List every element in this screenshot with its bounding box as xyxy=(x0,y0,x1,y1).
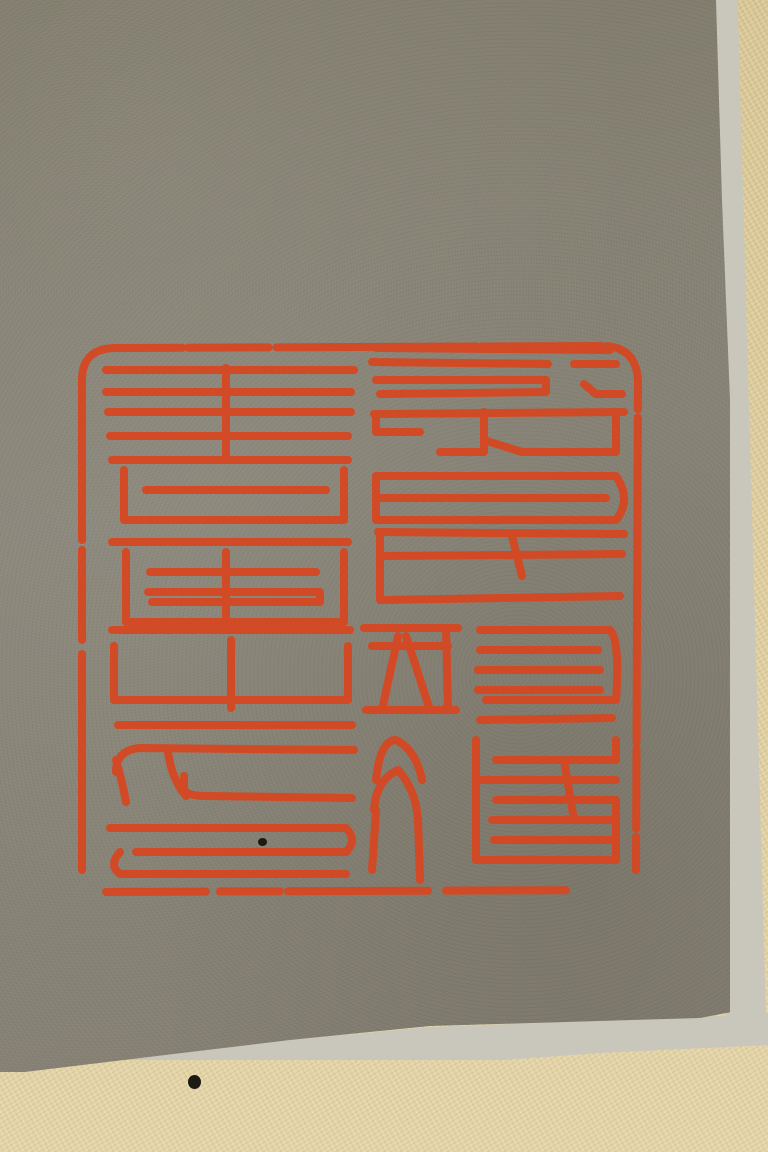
ink-speck xyxy=(258,838,267,846)
seal-graphic xyxy=(76,340,642,902)
dark-spot xyxy=(188,1075,201,1089)
seal-impression xyxy=(76,340,642,902)
